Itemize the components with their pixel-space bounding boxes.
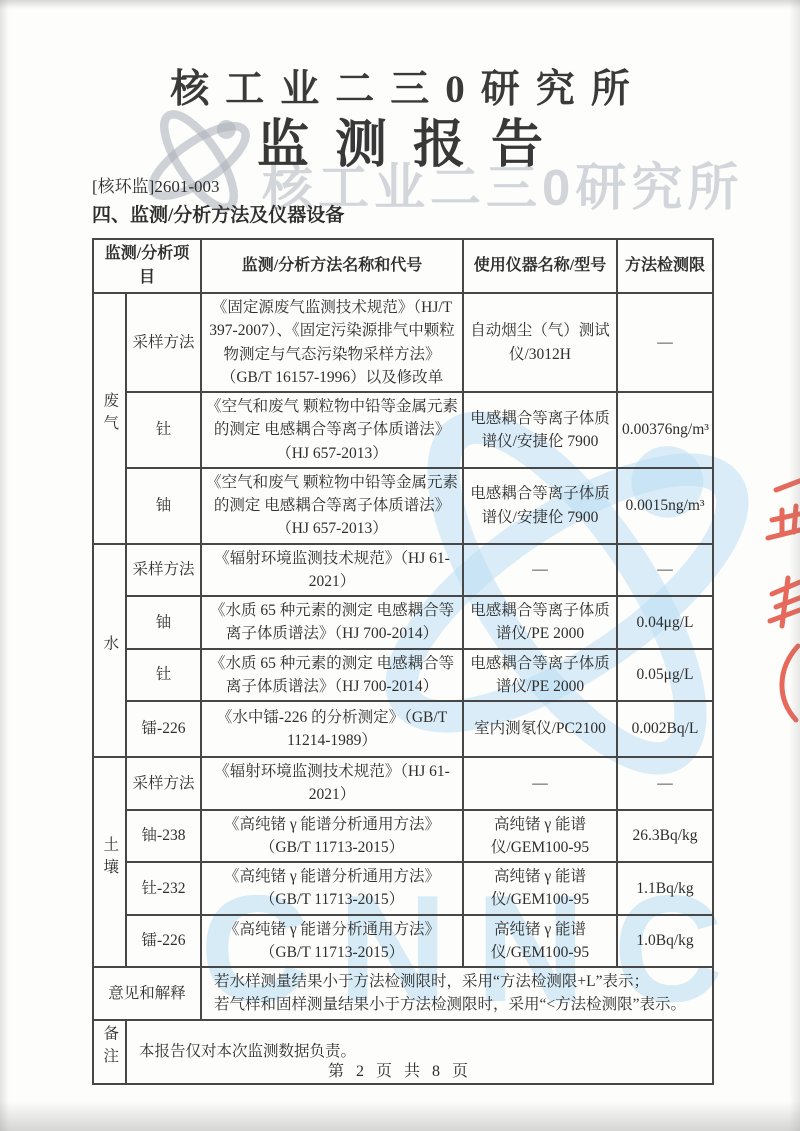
instrument-cell: — bbox=[463, 757, 617, 810]
group-cell-waste-gas: 废气 bbox=[93, 293, 126, 544]
doc-number: [核环监]2601-003 bbox=[92, 172, 219, 197]
column-header-item: 监测/分析项目 bbox=[93, 239, 201, 293]
table-row: 土壤 采样方法 《辐射环境监测技术规范》（HJ 61-2021） — — bbox=[93, 757, 713, 810]
item-cell: 钍-232 bbox=[126, 862, 201, 915]
method-cell: 《水中镭-226 的分析测定》（GB/T 11214-1989） bbox=[201, 701, 463, 757]
method-cell: 《固定源废气监测技术规范》（HJ/T 397-2007）、《固定污染源排气中颗粒… bbox=[201, 293, 463, 392]
methods-table: 监测/分析项目 监测/分析方法名称和代号 使用仪器名称/型号 方法检测限 废气 … bbox=[92, 238, 714, 1085]
section-heading: 四、监测/分析方法及仪器设备 bbox=[92, 200, 344, 227]
method-cell: 《水质 65 种元素的测定 电感耦合等离子体质谱法》（HJ 700-2014） bbox=[201, 596, 463, 649]
group-cell-soil: 土壤 bbox=[93, 757, 126, 967]
limit-cell: 0.0015ng/m³ bbox=[617, 468, 713, 544]
opinions-content: 若水样测量结果小于方法检测限时，采用“方法检测限+L”表示； 若气样和固样测量结… bbox=[201, 967, 713, 1020]
group-label: 废气 bbox=[98, 392, 121, 437]
table-header-row: 监测/分析项目 监测/分析方法名称和代号 使用仪器名称/型号 方法检测限 bbox=[93, 239, 713, 293]
table-row: 铀 《空气和废气 颗粒物中铅等金属元素的测定 电感耦合等离子体质谱法》（HJ 6… bbox=[93, 468, 713, 544]
red-stamp-fragment bbox=[742, 476, 800, 726]
report-page: 核工业二三0研究所 CNNC 核工业二三0研究所 监测报告 [核环监]2601-… bbox=[0, 0, 800, 1131]
table-row: 镭-226 《高纯锗 γ 能谱分析通用方法》（GB/T 11713-2015） … bbox=[93, 915, 713, 968]
method-cell: 《高纯锗 γ 能谱分析通用方法》（GB/T 11713-2015） bbox=[201, 915, 463, 968]
table-row: 钍 《空气和废气 颗粒物中铅等金属元素的测定 电感耦合等离子体质谱法》（HJ 6… bbox=[93, 392, 713, 468]
table-row: 钍-232 《高纯锗 γ 能谱分析通用方法》（GB/T 11713-2015） … bbox=[93, 862, 713, 915]
method-cell: 《高纯锗 γ 能谱分析通用方法》（GB/T 11713-2015） bbox=[201, 862, 463, 915]
instrument-cell: 电感耦合等离子体质谱仪/PE 2000 bbox=[463, 596, 617, 649]
item-cell: 采样方法 bbox=[126, 293, 201, 392]
group-cell-water: 水 bbox=[93, 544, 126, 758]
item-cell: 镭-226 bbox=[126, 915, 201, 968]
opinions-row: 意见和解释 若水样测量结果小于方法检测限时，采用“方法检测限+L”表示； 若气样… bbox=[93, 967, 713, 1020]
instrument-cell: 高纯锗 γ 能谱仪/GEM100-95 bbox=[463, 862, 617, 915]
method-cell: 《空气和废气 颗粒物中铅等金属元素的测定 电感耦合等离子体质谱法》（HJ 657… bbox=[201, 392, 463, 468]
item-cell: 铀 bbox=[126, 596, 201, 649]
group-label: 土壤 bbox=[98, 836, 121, 881]
instrument-cell: 高纯锗 γ 能谱仪/GEM100-95 bbox=[463, 915, 617, 968]
instrument-cell: 室内测氡仪/PC2100 bbox=[463, 701, 617, 757]
item-cell: 钍 bbox=[126, 649, 201, 702]
method-cell: 《高纯锗 γ 能谱分析通用方法》（GB/T 11713-2015） bbox=[201, 810, 463, 863]
table-row: 镭-226 《水中镭-226 的分析测定》（GB/T 11214-1989） 室… bbox=[93, 701, 713, 757]
method-cell: 《辐射环境监测技术规范》（HJ 61-2021） bbox=[201, 544, 463, 597]
limit-cell: — bbox=[617, 293, 713, 392]
table-row: 铀 《水质 65 种元素的测定 电感耦合等离子体质谱法》（HJ 700-2014… bbox=[93, 596, 713, 649]
instrument-cell: — bbox=[463, 544, 617, 597]
column-header-method: 监测/分析方法名称和代号 bbox=[201, 239, 463, 293]
method-cell: 《空气和废气 颗粒物中铅等金属元素的测定 电感耦合等离子体质谱法》（HJ 657… bbox=[201, 468, 463, 544]
limit-cell: 0.002Bq/L bbox=[617, 701, 713, 757]
limit-cell: 0.04μg/L bbox=[617, 596, 713, 649]
instrument-cell: 自动烟尘（气）测试仪/3012H bbox=[463, 293, 617, 392]
item-cell: 铀 bbox=[126, 468, 201, 544]
limit-cell: 0.05μg/L bbox=[617, 649, 713, 702]
limit-cell: 26.3Bq/kg bbox=[617, 810, 713, 863]
item-cell: 镭-226 bbox=[126, 701, 201, 757]
column-header-instrument: 使用仪器名称/型号 bbox=[463, 239, 617, 293]
column-header-limit: 方法检测限 bbox=[617, 239, 713, 293]
limit-cell: 0.00376ng/m³ bbox=[617, 392, 713, 468]
instrument-cell: 电感耦合等离子体质谱仪/安捷伦 7900 bbox=[463, 468, 617, 544]
item-cell: 采样方法 bbox=[126, 544, 201, 597]
page-footer: 第 2 页 共 8 页 bbox=[0, 1058, 800, 1081]
item-cell: 钍 bbox=[126, 392, 201, 468]
table-row: 水 采样方法 《辐射环境监测技术规范》（HJ 61-2021） — — bbox=[93, 544, 713, 597]
item-cell: 采样方法 bbox=[126, 757, 201, 810]
table-row: 铀-238 《高纯锗 γ 能谱分析通用方法》（GB/T 11713-2015） … bbox=[93, 810, 713, 863]
limit-cell: — bbox=[617, 544, 713, 597]
report-title: 监测报告 bbox=[0, 102, 800, 177]
item-cell: 铀-238 bbox=[126, 810, 201, 863]
table-row: 废气 采样方法 《固定源废气监测技术规范》（HJ/T 397-2007）、《固定… bbox=[93, 293, 713, 392]
limit-cell: 1.1Bq/kg bbox=[617, 862, 713, 915]
group-label: 水 bbox=[98, 635, 121, 658]
table-row: 钍 《水质 65 种元素的测定 电感耦合等离子体质谱法》（HJ 700-2014… bbox=[93, 649, 713, 702]
instrument-cell: 电感耦合等离子体质谱仪/PE 2000 bbox=[463, 649, 617, 702]
limit-cell: 1.0Bq/kg bbox=[617, 915, 713, 968]
method-cell: 《水质 65 种元素的测定 电感耦合等离子体质谱法》（HJ 700-2014） bbox=[201, 649, 463, 702]
opinions-label: 意见和解释 bbox=[93, 967, 201, 1020]
method-cell: 《辐射环境监测技术规范》（HJ 61-2021） bbox=[201, 757, 463, 810]
instrument-cell: 高纯锗 γ 能谱仪/GEM100-95 bbox=[463, 810, 617, 863]
instrument-cell: 电感耦合等离子体质谱仪/安捷伦 7900 bbox=[463, 392, 617, 468]
limit-cell: — bbox=[617, 757, 713, 810]
